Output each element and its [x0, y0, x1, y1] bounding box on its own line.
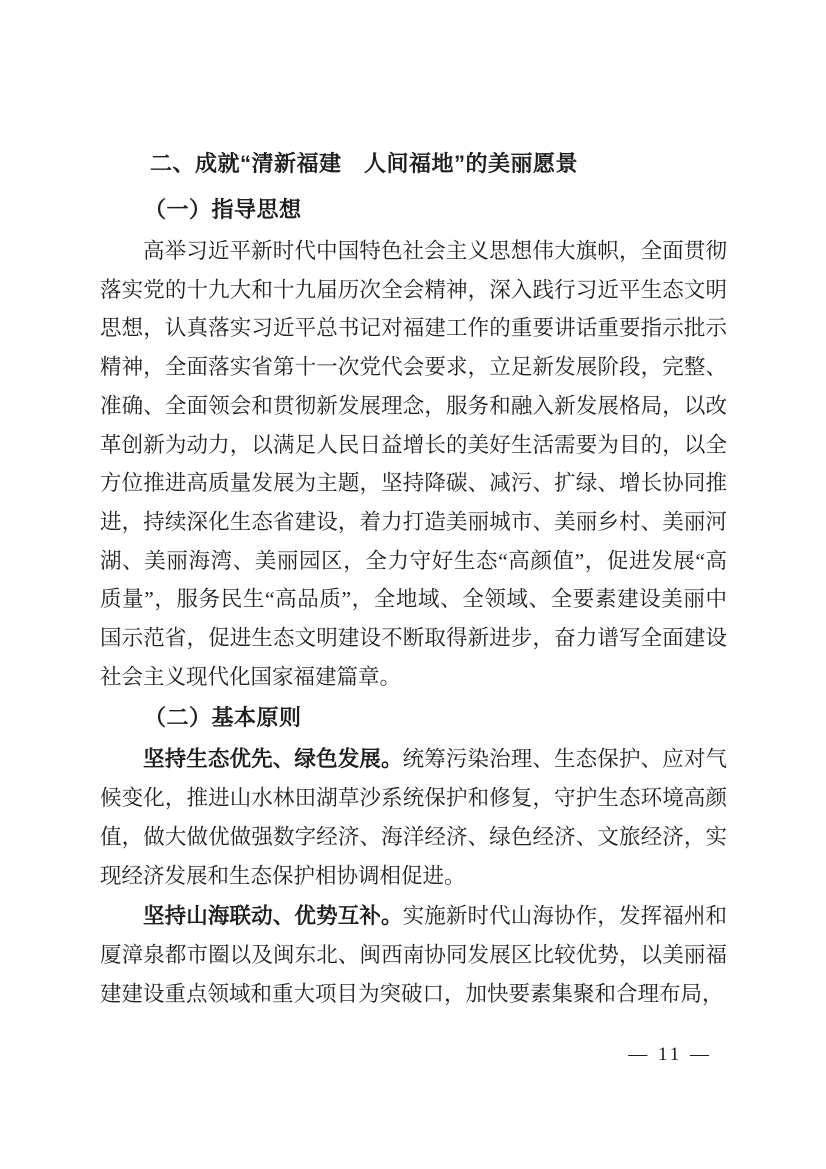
- subsection-heading-guiding-ideology: （一）指导思想: [100, 190, 727, 230]
- paragraph-mountain-sea-linkage: 坚持山海联动、优势互补。实施新时代山海协作，发挥福州和厦漳泉都市圈以及闽东北、闽…: [100, 897, 727, 1013]
- paragraph-lead: 坚持山海联动、优势互补。: [143, 904, 403, 928]
- paragraph-guiding-ideology: 高举习近平新时代中国特色社会主义思想伟大旗帜，全面贯彻落实党的十九大和十九届历次…: [100, 232, 727, 696]
- paragraph-lead: 坚持生态优先、绿色发展。: [143, 747, 403, 771]
- document-title: 二、成就“清新福建 人间福地”的美丽愿景: [100, 144, 727, 184]
- paragraph-text: 高举习近平新时代中国特色社会主义思想伟大旗帜，全面贯彻落实党的十九大和十九届历次…: [100, 239, 727, 689]
- paragraph-ecology-priority: 坚持生态优先、绿色发展。统筹污染治理、生态保护、应对气候变化，推进山水林田湖草沙…: [100, 740, 727, 895]
- document-content: 二、成就“清新福建 人间福地”的美丽愿景 （一）指导思想 高举习近平新时代中国特…: [100, 144, 727, 1015]
- page-number: — 11 —: [628, 1044, 712, 1066]
- document-page: 二、成就“清新福建 人间福地”的美丽愿景 （一）指导思想 高举习近平新时代中国特…: [0, 0, 826, 1169]
- subsection-heading-basic-principles: （二）基本原则: [100, 698, 727, 738]
